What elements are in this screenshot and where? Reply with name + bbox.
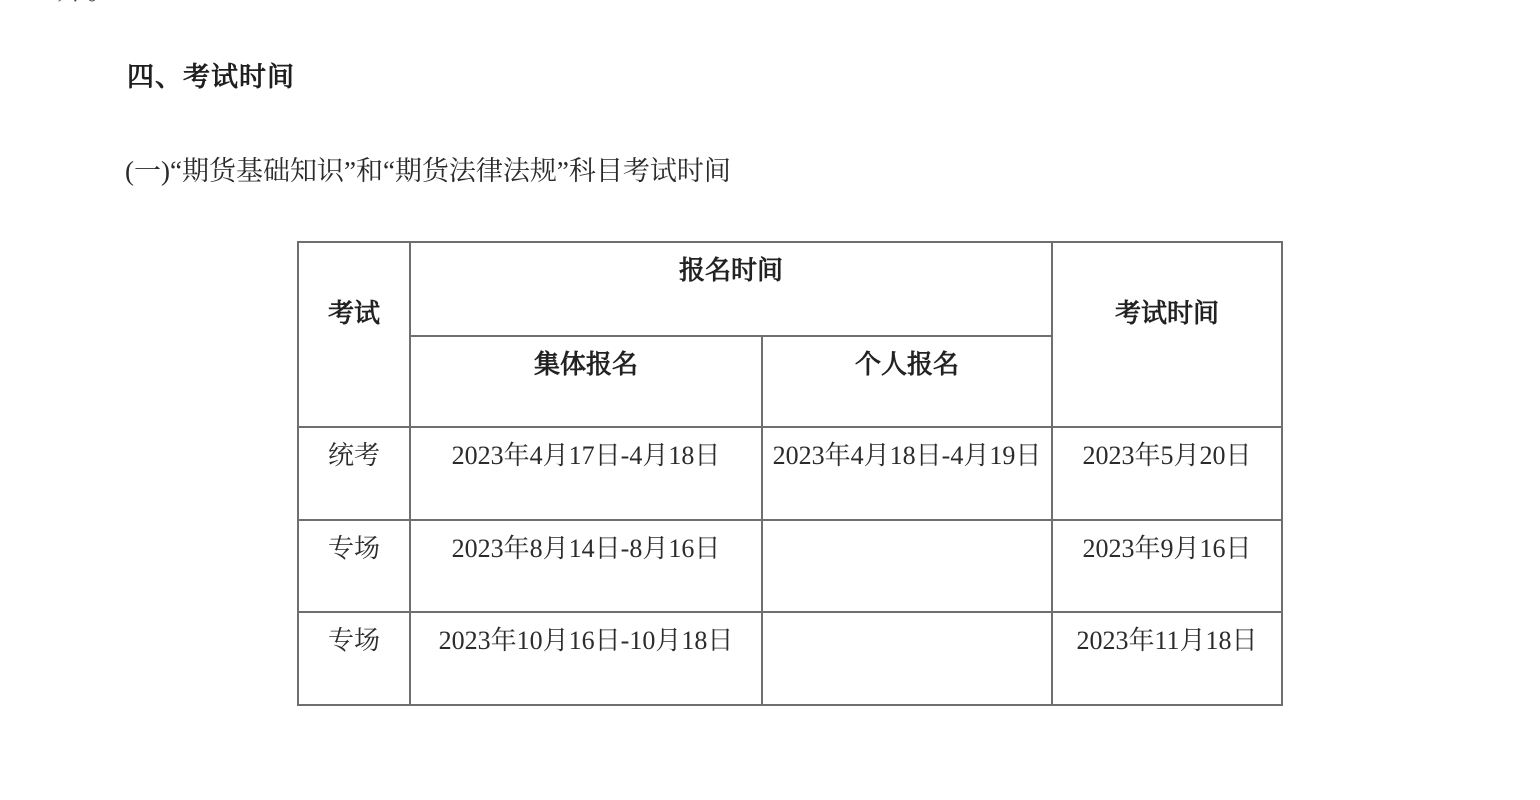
header-cell-registration-time: 报名时间 — [410, 242, 1052, 336]
table-row: 专场 2023年10月16日-10月18日 2023年11月18日 — [298, 612, 1282, 705]
cell-group-registration-dates: 2023年8月14日-8月16日 — [410, 520, 762, 612]
table-row: 统考 2023年4月17日-4月18日 2023年4月18日-4月19日 202… — [298, 427, 1282, 520]
cell-exam-type: 统考 — [298, 427, 410, 520]
cell-individual-registration-dates — [762, 612, 1052, 705]
cell-individual-registration-dates: 2023年4月18日-4月19日 — [762, 427, 1052, 520]
cell-exam-date: 2023年9月16日 — [1052, 520, 1282, 612]
cell-exam-type: 专场 — [298, 520, 410, 612]
header-cell-exam: 考试 — [298, 242, 410, 427]
cell-exam-date: 2023年11月18日 — [1052, 612, 1282, 705]
subsection-heading: (一)“期货基础知识”和“期货法律法规”科目考试时间 — [125, 154, 731, 188]
cell-group-registration-dates: 2023年4月17日-4月18日 — [410, 427, 762, 520]
clipped-previous-line-fragment: 开。 — [57, 0, 127, 9]
cell-individual-registration-dates — [762, 520, 1052, 612]
table-row: 专场 2023年8月14日-8月16日 2023年9月16日 — [298, 520, 1282, 612]
header-cell-exam-time: 考试时间 — [1052, 242, 1282, 427]
header-row-1: 考试 报名时间 考试时间 — [298, 242, 1282, 336]
clipped-fragment-text: 开。 — [57, 0, 127, 8]
cell-group-registration-dates: 2023年10月16日-10月18日 — [410, 612, 762, 705]
section-heading: 四、考试时间 — [127, 60, 295, 94]
header-cell-group-registration: 集体报名 — [410, 336, 762, 427]
cell-exam-type: 专场 — [298, 612, 410, 705]
exam-schedule-table: 考试 报名时间 考试时间 集体报名 个人报名 统考 2023年4月17日-4月1… — [297, 241, 1283, 706]
header-cell-individual-registration: 个人报名 — [762, 336, 1052, 427]
cell-exam-date: 2023年5月20日 — [1052, 427, 1282, 520]
